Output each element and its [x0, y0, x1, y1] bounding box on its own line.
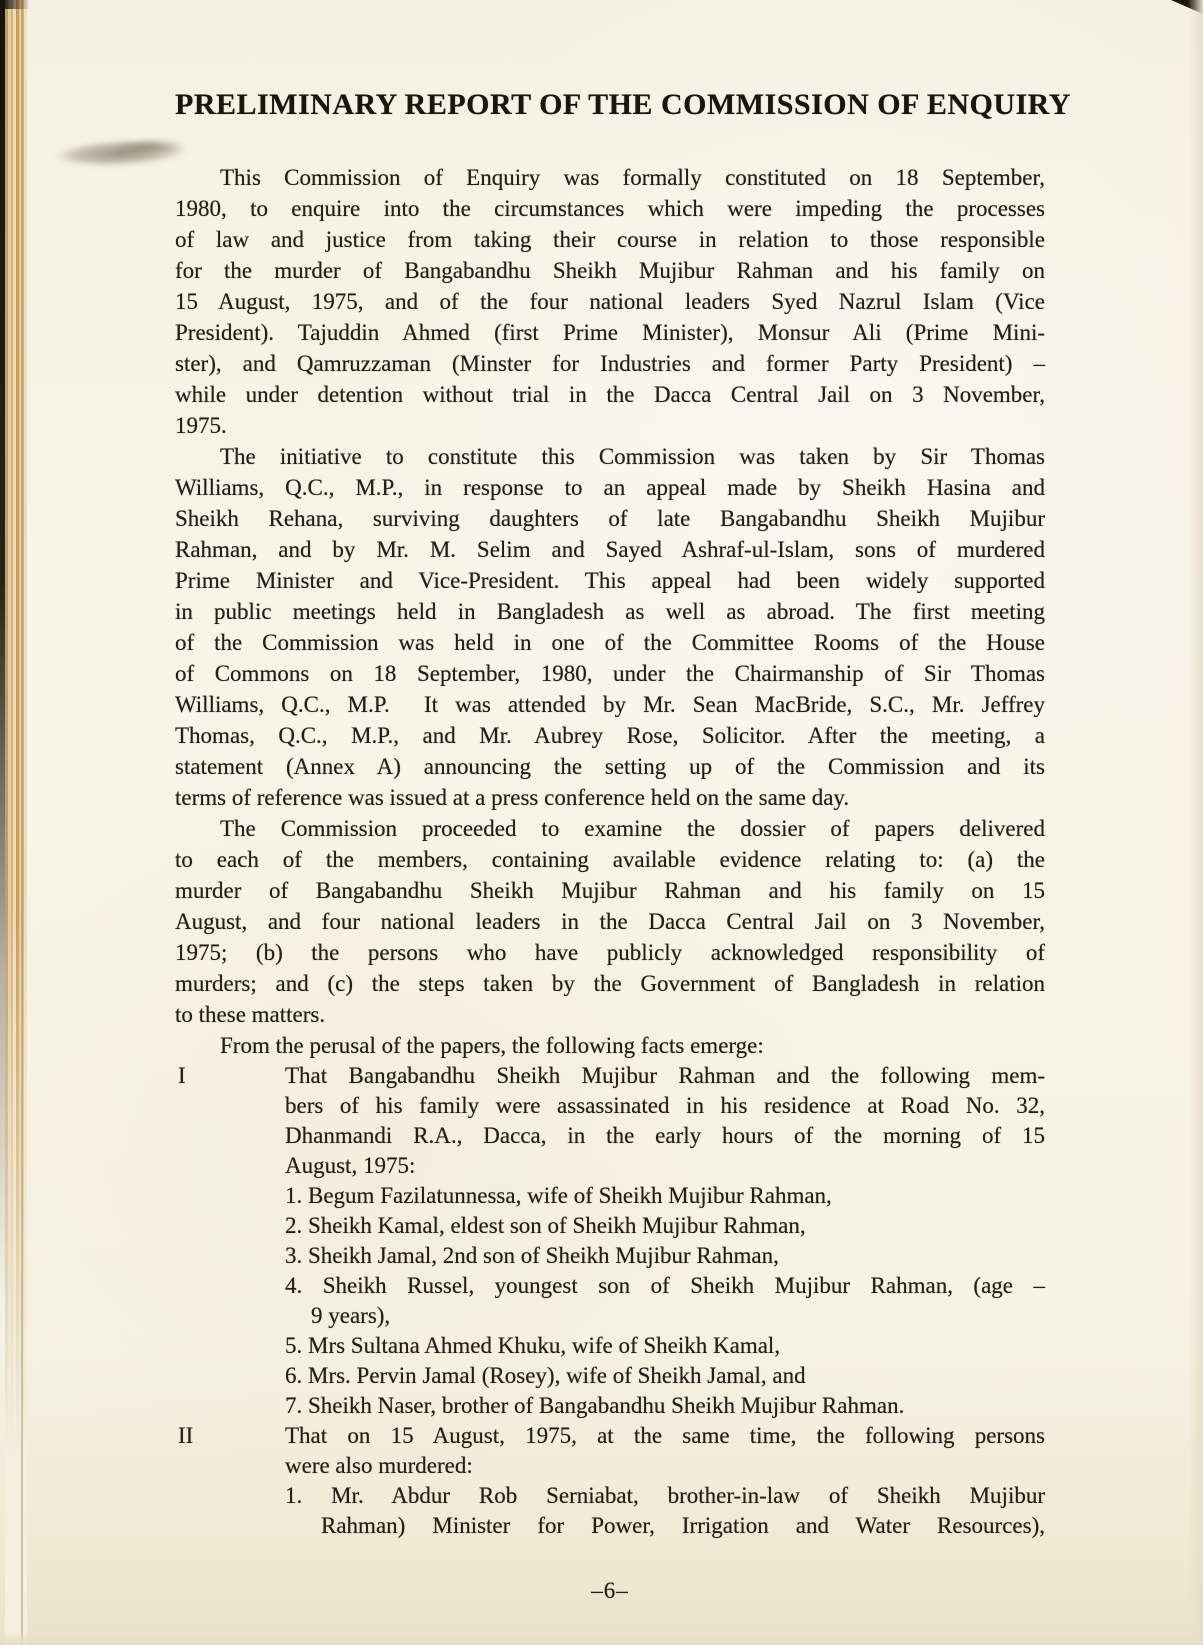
list-item: 7. Sheikh Naser, brother of Bangabandhu …	[285, 1391, 1045, 1421]
facts-list: I That Bangabandhu Sheikh Mujibur Rahman…	[175, 1061, 1045, 1541]
list-item-continuation: 9 years),	[285, 1301, 1045, 1331]
body-line: in public meetings held in Bangladesh as…	[175, 596, 1045, 627]
paragraph: This Commission of Enquiry was formally …	[175, 162, 1045, 441]
body-line: President). Tajuddin Ahmed (first Prime …	[175, 317, 1045, 348]
list-item: 2. Sheikh Kamal, eldest son of Sheikh Mu…	[285, 1211, 1045, 1241]
body-line: Williams, Q.C., M.P., in response to an …	[175, 472, 1045, 503]
body-line: Sheikh Rehana, surviving daughters of la…	[175, 503, 1045, 534]
body-line: of law and justice from taking their cou…	[175, 224, 1045, 255]
body-line: Dhanmandi R.A., Dacca, in the early hour…	[285, 1121, 1045, 1151]
paragraph: The initiative to constitute this Commis…	[175, 441, 1045, 813]
list-item-continuation: Rahman) Minister for Power, Irrigation a…	[285, 1511, 1045, 1541]
body-line: ster), and Qamruzzaman (Minster for Indu…	[175, 348, 1045, 379]
body-line: That Bangabandhu Sheikh Mujibur Rahman a…	[285, 1061, 1045, 1091]
fact-section-2: II That on 15 August, 1975, at the same …	[175, 1421, 1045, 1541]
fact-section-1: I That Bangabandhu Sheikh Mujibur Rahman…	[175, 1061, 1045, 1421]
body-line: Rahman, and by Mr. M. Selim and Sayed As…	[175, 534, 1045, 565]
body-line: 1975.	[175, 410, 1045, 441]
list-item: 6. Mrs. Pervin Jamal (Rosey), wife of Sh…	[285, 1361, 1045, 1391]
list-item: 1. Mr. Abdur Rob Serniabat, brother-in-l…	[285, 1481, 1045, 1511]
body-line: of the Commission was held in one of the…	[175, 627, 1045, 658]
fact-numeral: I	[175, 1061, 285, 1421]
fact-numeral: II	[175, 1421, 285, 1541]
body-line: murders; and (c) the steps taken by the …	[175, 968, 1045, 999]
page-title: PRELIMINARY REPORT OF THE COMMISSION OF …	[175, 88, 1045, 122]
list-item: 1. Begum Fazilatunnessa, wife of Sheikh …	[285, 1181, 1045, 1211]
body-line: for the murder of Bangabandhu Sheikh Muj…	[175, 255, 1045, 286]
body-line: The initiative to constitute this Commis…	[175, 441, 1045, 472]
scan-corner-top-left	[0, 0, 30, 9]
body-line: This Commission of Enquiry was formally …	[175, 162, 1045, 193]
body-line: August, and four national leaders in the…	[175, 906, 1045, 937]
document-page: PRELIMINARY REPORT OF THE COMMISSION OF …	[0, 0, 1203, 1645]
body-line: The Commission proceeded to examine the …	[175, 813, 1045, 844]
page-edge-right	[1185, 0, 1203, 1645]
body-line: 1975; (b) the persons who have publicly …	[175, 937, 1045, 968]
body-line: 1980, to enquire into the circumstances …	[175, 193, 1045, 224]
body-line: terms of reference was issued at a press…	[175, 782, 1045, 813]
page-number: –6–	[175, 1578, 1045, 1604]
list-item: 4. Sheikh Russel, youngest son of Sheikh…	[285, 1271, 1045, 1301]
body-line: 15 August, 1975, and of the four nationa…	[175, 286, 1045, 317]
paragraph: From the perusal of the papers, the foll…	[175, 1030, 1045, 1061]
binding-edge-fade	[5, 905, 27, 1645]
body-line: From the perusal of the papers, the foll…	[175, 1030, 1045, 1061]
body-line: were also murdered:	[285, 1451, 1045, 1481]
page-edge-bottom	[0, 1631, 1203, 1645]
body-line: bers of his family were assassinated in …	[285, 1091, 1045, 1121]
body-line: of Commons on 18 September, 1980, under …	[175, 658, 1045, 689]
body-line: to each of the members, containing avail…	[175, 844, 1045, 875]
list-item: 5. Mrs Sultana Ahmed Khuku, wife of Shei…	[285, 1331, 1045, 1361]
body-line: statement (Annex A) announcing the setti…	[175, 751, 1045, 782]
body-line: August, 1975:	[285, 1151, 1045, 1181]
fact-body: That Bangabandhu Sheikh Mujibur Rahman a…	[285, 1061, 1045, 1421]
paragraph: The Commission proceeded to examine the …	[175, 813, 1045, 1030]
body-line: That on 15 August, 1975, at the same tim…	[285, 1421, 1045, 1451]
body-line: Williams, Q.C., M.P. It was attended by …	[175, 689, 1045, 720]
text-block: PRELIMINARY REPORT OF THE COMMISSION OF …	[175, 0, 1045, 1604]
body-line: Thomas, Q.C., M.P., and Mr. Aubrey Rose,…	[175, 720, 1045, 751]
list-item: 3. Sheikh Jamal, 2nd son of Sheikh Mujib…	[285, 1241, 1045, 1271]
page-crease-line	[21, 0, 23, 1645]
body-line: while under detention without trial in t…	[175, 379, 1045, 410]
body-line: to these matters.	[175, 999, 1045, 1030]
body-line: Prime Minister and Vice-President. This …	[175, 565, 1045, 596]
fact-body: That on 15 August, 1975, at the same tim…	[285, 1421, 1045, 1541]
body-line: murder of Bangabandhu Sheikh Mujibur Rah…	[175, 875, 1045, 906]
